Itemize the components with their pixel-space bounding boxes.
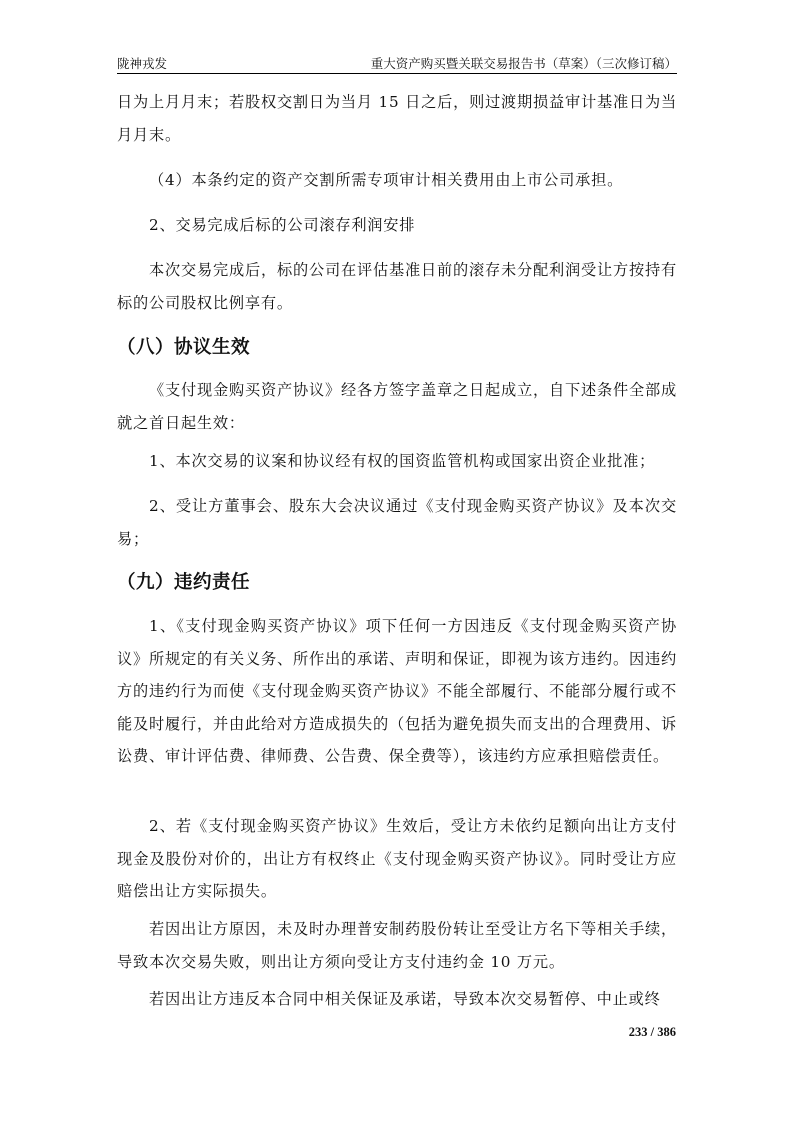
paragraph-liability-1: 1、《支付现金购买资产协议》项下任何一方因违反《支付现金购买资产协议》所规定的有… <box>117 610 677 773</box>
header-company-name: 陇神戎发 <box>117 56 167 72</box>
header-document-title: 重大资产购买暨关联交易报告书（草案）（三次修订稿） <box>371 56 677 72</box>
document-page: 陇神戎发 重大资产购买暨关联交易报告书（草案）（三次修订稿） 日为上月月末；若股… <box>0 0 793 1122</box>
paragraph-retained-profit-title: 2、交易完成后标的公司滚存利润安排 <box>117 209 677 242</box>
page-number: 233 / 386 <box>629 1025 676 1040</box>
paragraph-condition-1: 1、本次交易的议案和协议经有权的国资监管机构或国家出资企业批准； <box>117 445 677 478</box>
paragraph-retained-profit: 本次交易完成后，标的公司在评估基准日前的滚存未分配利润受让方按持有标的公司股权比… <box>117 254 677 319</box>
section-heading-liability: （九）违约责任 <box>117 571 250 595</box>
section-heading-agreement-effect: （八）协议生效 <box>117 336 250 360</box>
paragraph-liability-3: 若因出让方原因，未及时办理普安制药股份转让至受让方名下等相关手续，导致本次交易失… <box>117 913 677 978</box>
paragraph-condition-2: 2、受让方董事会、股东大会决议通过《支付现金购买资产协议》及本次交易； <box>117 490 677 555</box>
paragraph-transition-audit-date: 日为上月月末；若股权交割日为当月 15 日之后，则过渡期损益审计基准日为当月月末… <box>117 86 677 151</box>
paragraph-audit-cost: （4）本条约定的资产交割所需专项审计相关费用由上市公司承担。 <box>117 164 677 197</box>
paragraph-liability-4: 若因出让方违反本合同中相关保证及承诺，导致本次交易暂停、中止或终 <box>117 983 677 1016</box>
page-header: 陇神戎发 重大资产购买暨关联交易报告书（草案）（三次修订稿） <box>117 54 677 74</box>
paragraph-liability-2: 2、若《支付现金购买资产协议》生效后，受让方未依约足额向出让方支付现金及股份对价… <box>117 810 677 908</box>
paragraph-effect-conditions: 《支付现金购买资产协议》经各方签字盖章之日起成立，自下述条件全部成就之首日起生效… <box>117 374 677 439</box>
